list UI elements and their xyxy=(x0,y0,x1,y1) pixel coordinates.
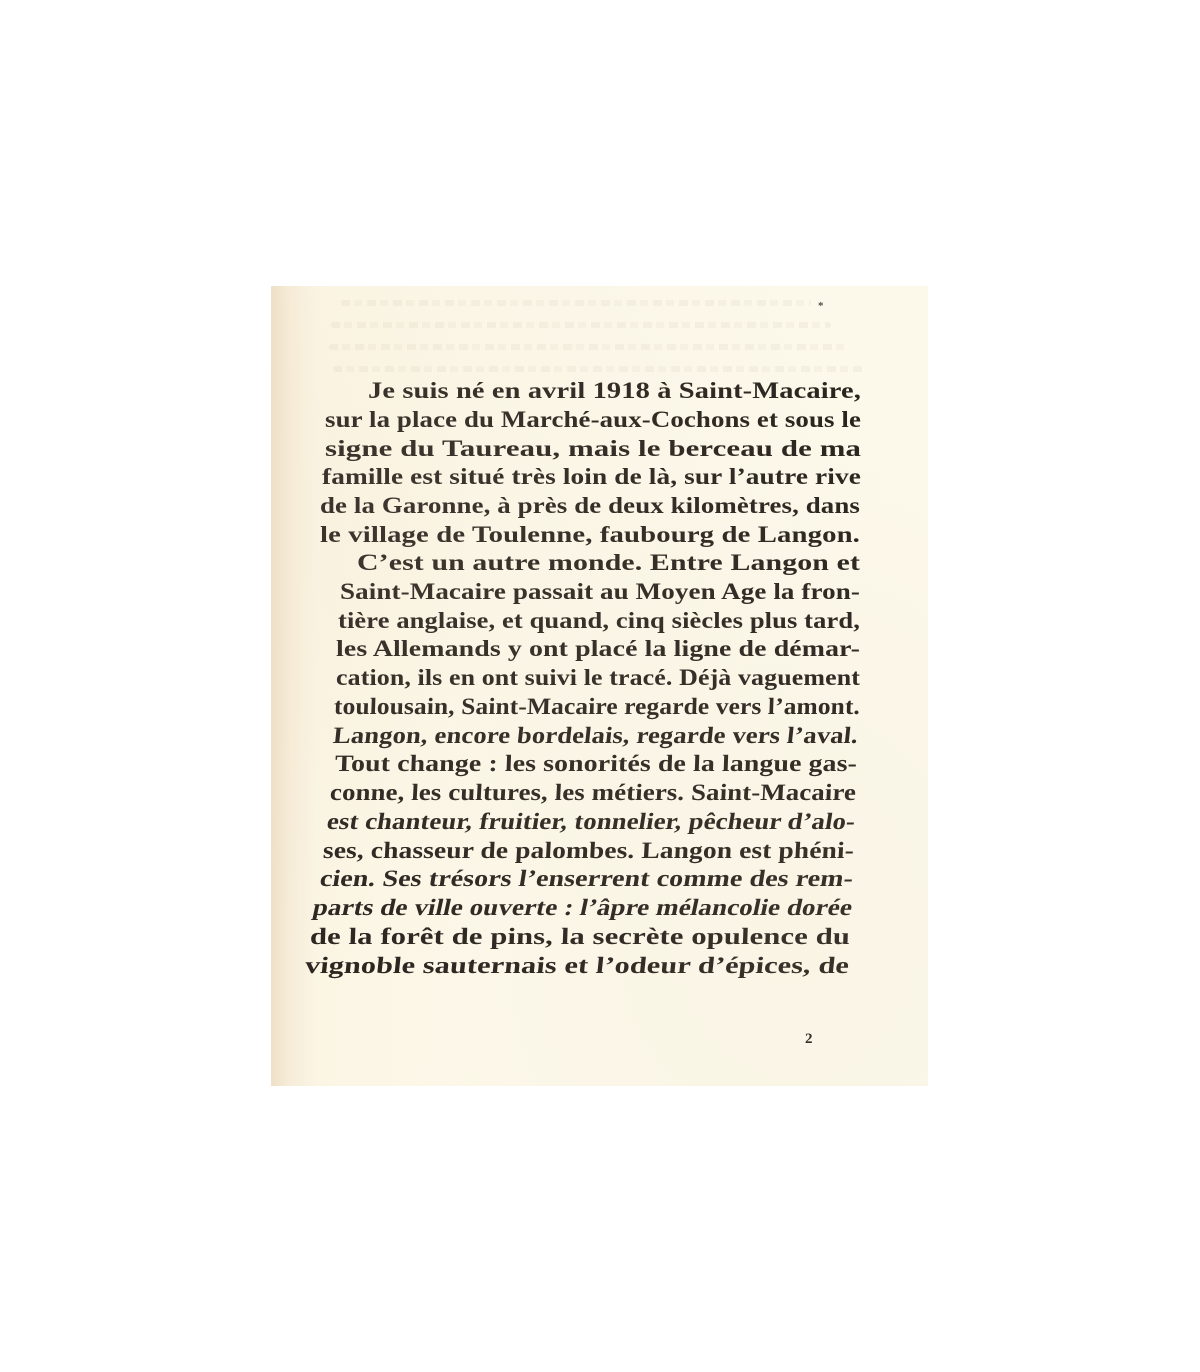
text-line: Tout change : les sonorités de la langue… xyxy=(335,753,858,777)
text-line: Langon, encore bordelais, regarde vers l… xyxy=(332,725,859,749)
text-line: ses, chasseur de palombes. Langon est ph… xyxy=(322,840,854,864)
text-line: tière anglaise, et quand, cinq siècles p… xyxy=(338,610,860,634)
text-line: Je suis né en avril 1918 à Saint-Macaire… xyxy=(368,380,861,404)
text-line: C’est un autre monde. Entre Langon et xyxy=(357,552,860,576)
text-line: de la Garonne, à près de deux kilomètres… xyxy=(320,495,860,519)
text-line: vignoble sauternais et l’odeur d’épices,… xyxy=(304,955,850,979)
text-line: sur la place du Marché-aux-Cochons et so… xyxy=(325,409,861,433)
text-line: cation, ils en ont suivi le tracé. Déjà … xyxy=(336,667,860,691)
text-line: parts de ville ouverte : l’âpre mélancol… xyxy=(311,897,855,921)
text-line: conne, les cultures, les métiers. Saint-… xyxy=(329,782,856,806)
text-line: est chanteur, fruitier, tonnelier, pêche… xyxy=(325,811,857,835)
text-line: signe du Taureau, mais le berceau de ma xyxy=(325,438,861,462)
text-line: cien. Ses trésors l’enserrent comme des … xyxy=(318,868,855,892)
book-page: * Je suis né en avril 1918 à Saint-Macai… xyxy=(271,286,928,1086)
top-asterisk-mark: * xyxy=(818,301,824,312)
text-line: famille est situé très loin de là, sur l… xyxy=(322,466,861,490)
page-number: 2 xyxy=(805,1032,813,1047)
text-line: Saint-Macaire passait au Moyen Age la fr… xyxy=(340,581,860,605)
text-line: de la forêt de pins, la secrète opulence… xyxy=(310,926,851,950)
text-line: le village de Toulenne, faubourg de Lang… xyxy=(320,524,860,548)
text-line: toulousain, Saint-Macaire regarde vers l… xyxy=(334,696,861,720)
text-line: les Allemands y ont placé la ligne de dé… xyxy=(336,638,860,662)
